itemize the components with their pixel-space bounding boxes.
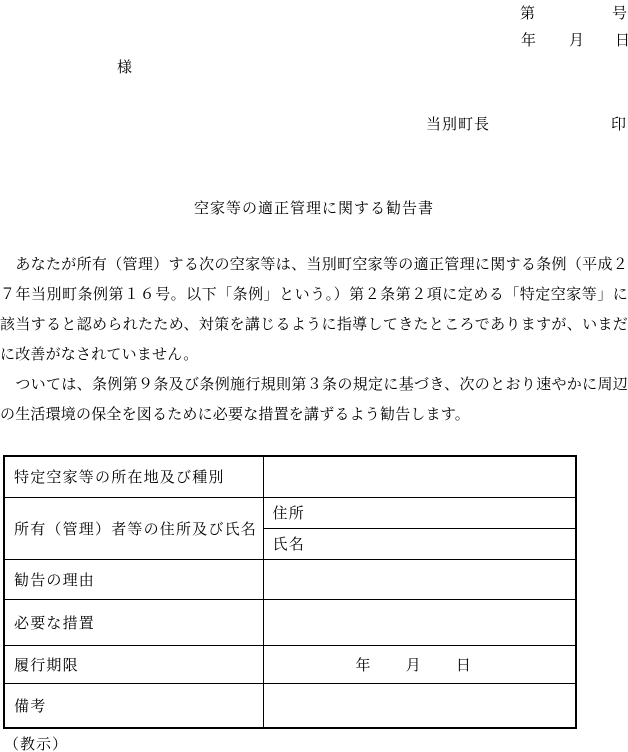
row-deadline-value-cell: 年 月 日: [263, 645, 576, 683]
notice-form-table: 特定空家等の所在地及び種別 所有（管理）者等の住所及び氏名 住所 氏名 勧告の理…: [3, 455, 577, 729]
table-row-location: 特定空家等の所在地及び種別: [4, 456, 576, 497]
doc-number-prefix: 第: [520, 2, 535, 23]
owner-name-label-cell: 氏名: [263, 528, 576, 559]
row-owner-label: 所有（管理）者等の住所及び氏名: [4, 497, 263, 559]
row-measures-value-cell: [263, 599, 576, 645]
owner-address-label-cell: 住所: [263, 497, 576, 528]
addressee-honorific: 様: [117, 56, 132, 77]
row-deadline-label: 履行期限: [4, 645, 263, 683]
row-location-label: 特定空家等の所在地及び種別: [4, 456, 263, 497]
table-row-measures: 必要な措置: [4, 599, 576, 645]
table-row-owner-address: 所有（管理）者等の住所及び氏名 住所: [4, 497, 576, 528]
document-title: 空家等の適正管理に関する勧告書: [0, 197, 628, 218]
document-body: あなたが所有（管理）する次の空家等は、当別町空家等の適正管理に関する条例（平成２…: [0, 250, 628, 430]
table-row-deadline: 履行期限 年 月 日: [4, 645, 576, 683]
seal-mark: 印: [611, 113, 626, 134]
row-location-value-cell: [263, 456, 576, 497]
row-remarks-label: 備考: [4, 683, 263, 728]
date-month-label: 月: [569, 29, 584, 50]
date-year-label: 年: [521, 29, 536, 50]
table-row-remarks: 備考: [4, 683, 576, 728]
kankokusho-document-page: { "document": { "header": { "number_pref…: [0, 0, 628, 752]
row-measures-label: 必要な措置: [4, 599, 263, 645]
footer-note: （教示）: [4, 733, 68, 752]
row-remarks-value-cell: [263, 683, 576, 728]
row-reason-value-cell: [263, 559, 576, 599]
deadline-month-label: 月: [406, 654, 422, 675]
row-reason-label: 勧告の理由: [4, 559, 263, 599]
body-paragraph-1: あなたが所有（管理）する次の空家等は、当別町空家等の適正管理に関する条例（平成２…: [0, 250, 628, 370]
date-day-label: 日: [615, 29, 628, 50]
sender-title: 当別町長: [426, 113, 490, 134]
table-row-reason: 勧告の理由: [4, 559, 576, 599]
deadline-date-fields: 年 月 日: [264, 654, 576, 675]
doc-number-suffix: 号: [612, 2, 627, 23]
deadline-year-label: 年: [356, 654, 372, 675]
deadline-day-label: 日: [456, 654, 472, 675]
body-paragraph-2: ついては、条例第９条及び条例施行規則第３条の規定に基づき、次のとおり速やかに周辺…: [0, 370, 628, 430]
